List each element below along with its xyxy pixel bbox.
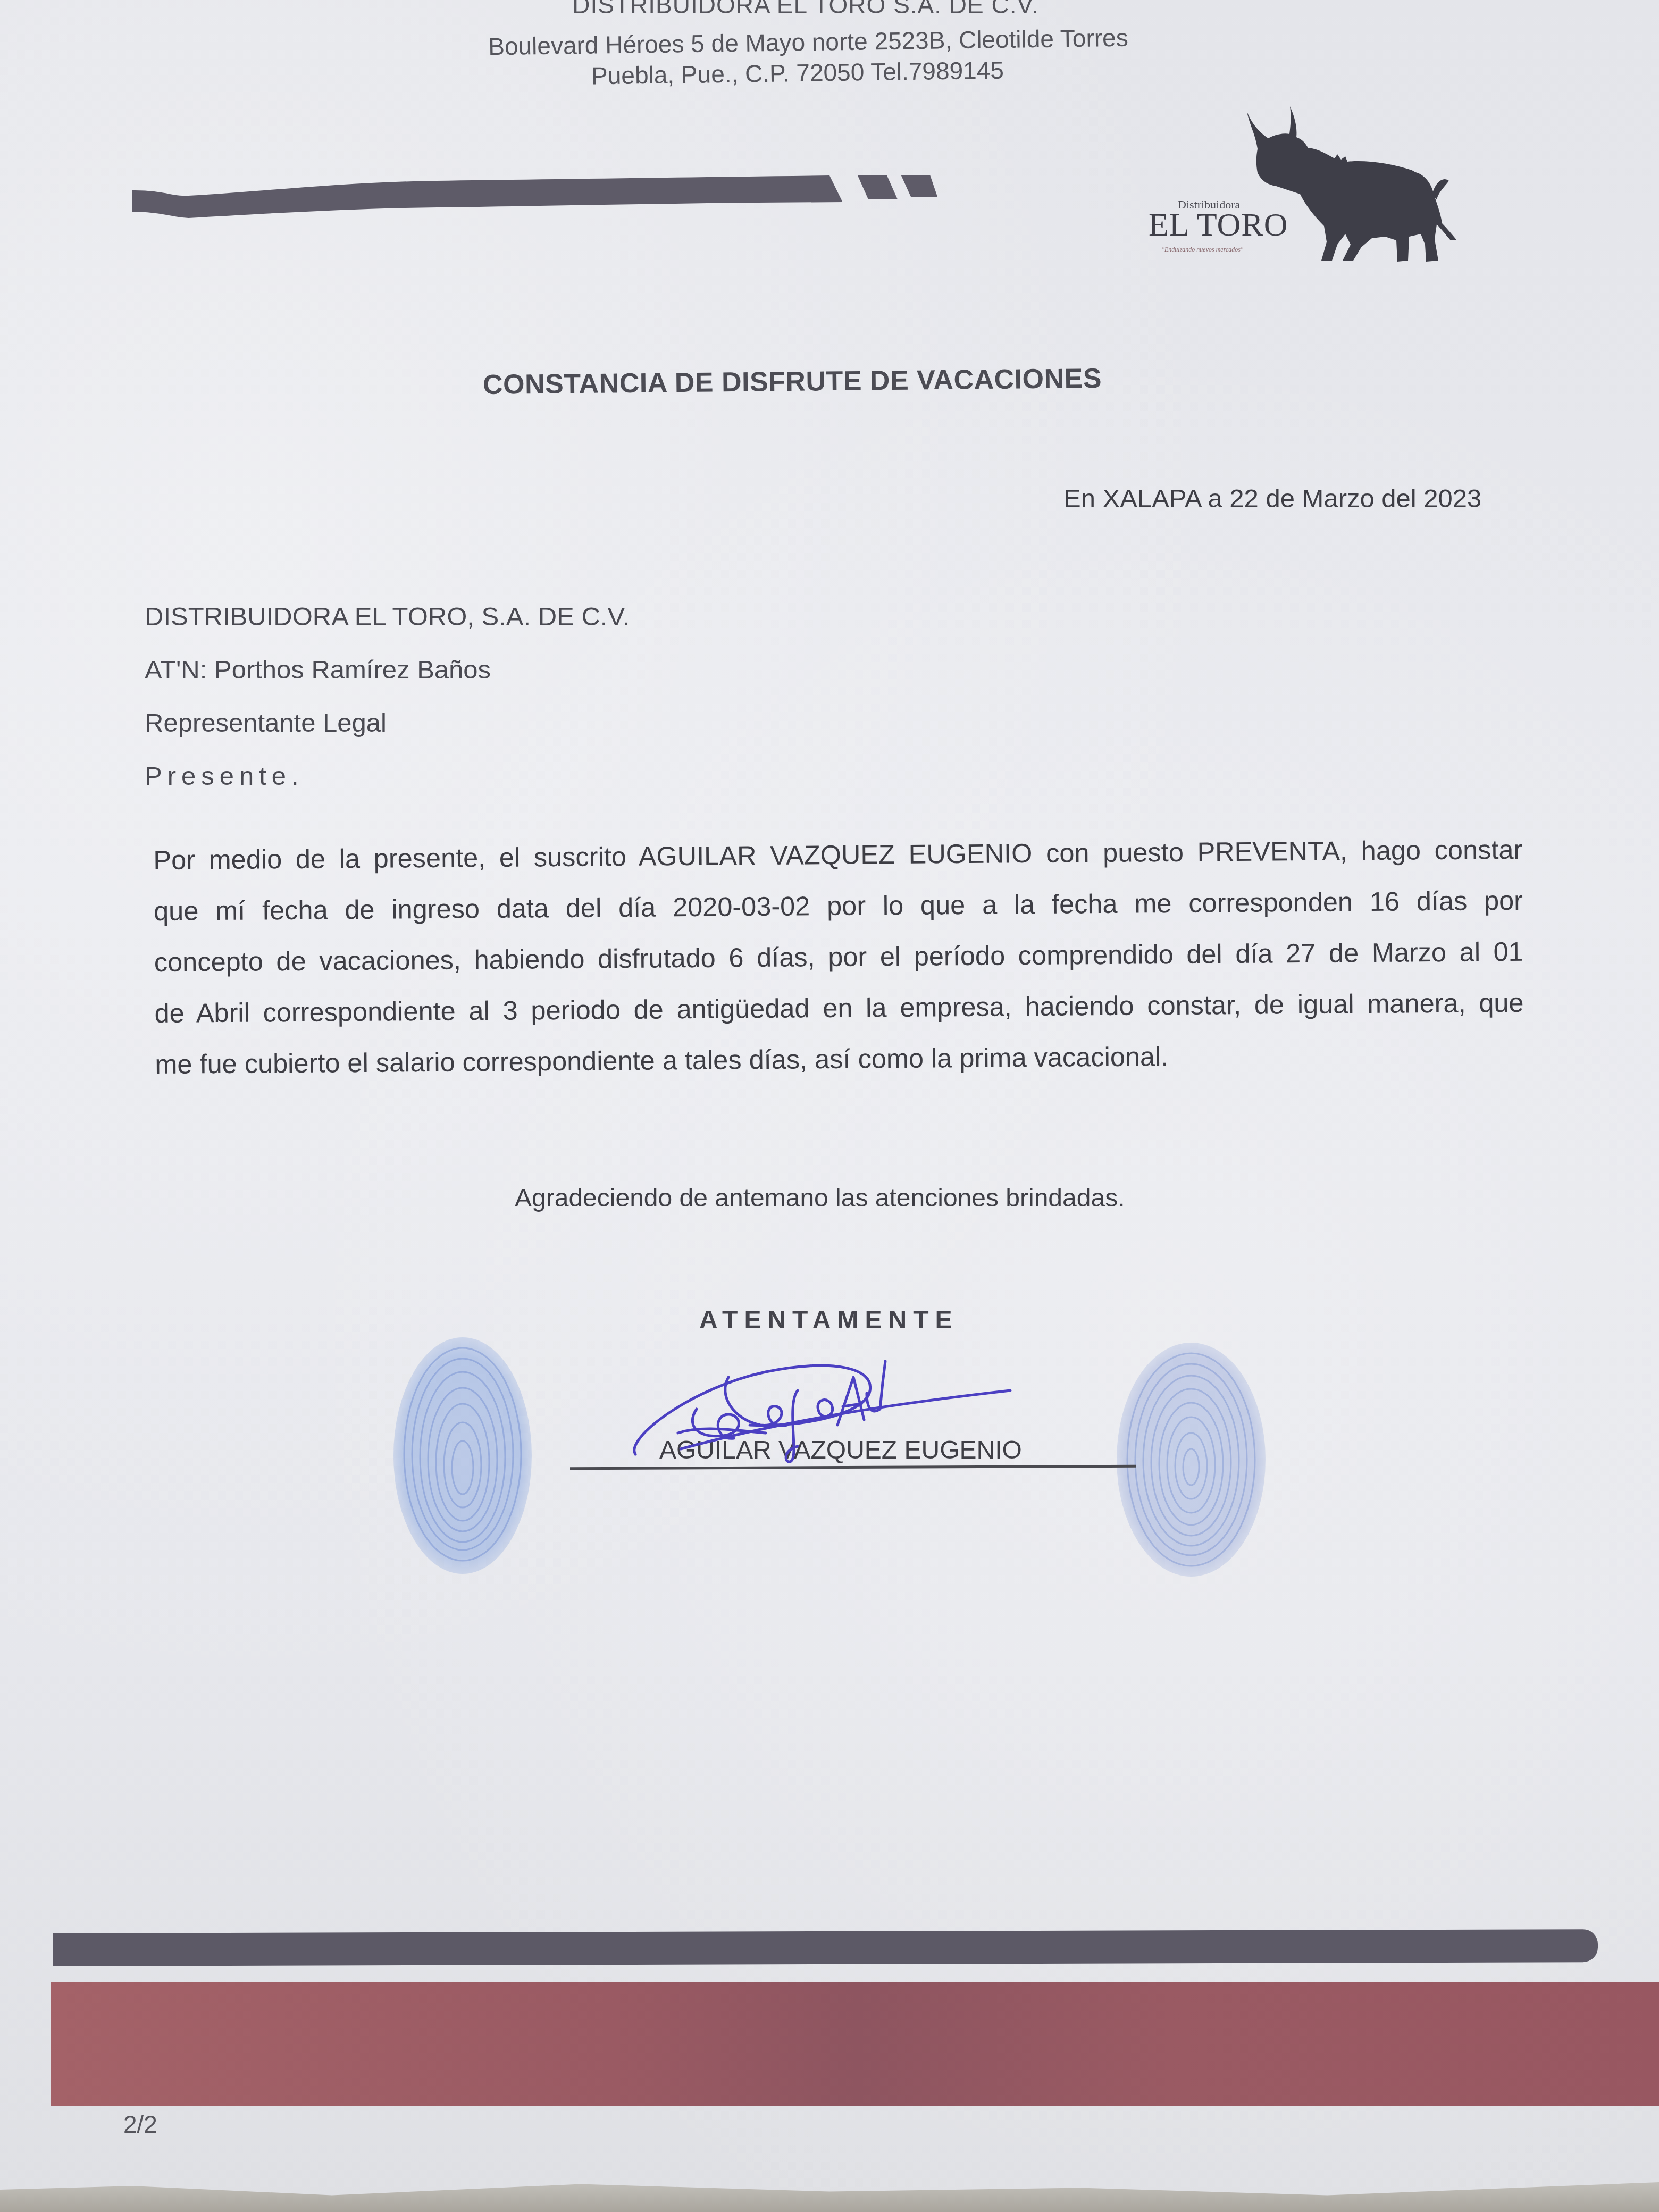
place-date: En XALAPA a 22 de Marzo del 2023 (1063, 484, 1481, 514)
addressee-role: Representante Legal (145, 697, 630, 750)
fingerprint-icon (393, 1337, 532, 1574)
document-page: DISTRIBUIDORA EL TORO S.A. DE C.V. Boule… (0, 0, 1659, 2212)
footer-band-red (51, 1982, 1659, 2106)
body-paragraph: Por medio de la presente, el suscrito AG… (153, 824, 1524, 1090)
letterhead-company: DISTRIBUIDORA EL TORO S.A. DE C.V. (0, 0, 1611, 19)
closing-text: Agradeciendo de antemano las atenciones … (515, 1184, 1125, 1213)
footer-band-gray (53, 1929, 1598, 1966)
page-number: 2/2 (123, 2110, 157, 2139)
fingerprint-icon (1117, 1343, 1266, 1577)
handwritten-signature (627, 1345, 1026, 1473)
fingerprint-left (393, 1337, 532, 1574)
body-line: de Abril correspondiente al 3 periodo de… (154, 977, 1524, 1039)
logo-tagline: "Endulzando nuevos mercados" (1162, 246, 1243, 254)
body-line: me fue cubierto el salario correspondien… (155, 1028, 1524, 1090)
paper-edge (0, 2175, 1659, 2212)
fingerprint-right (1117, 1343, 1266, 1577)
addressee-attention: AT'N: Porthos Ramírez Baños (145, 643, 630, 697)
addressee-presente: Presente. (145, 750, 630, 803)
addressee-block: DISTRIBUIDORA EL TORO, S.A. DE C.V. AT'N… (145, 590, 630, 803)
logo-brand-name: EL TORO (1149, 206, 1288, 244)
sign-off: ATENTAMENTE (699, 1305, 959, 1335)
addressee-company: DISTRIBUIDORA EL TORO, S.A. DE C.V. (145, 590, 630, 643)
document-title: CONSTANCIA DE DISFRUTE DE VACACIONES (483, 363, 1102, 401)
letterhead-band (132, 175, 999, 218)
